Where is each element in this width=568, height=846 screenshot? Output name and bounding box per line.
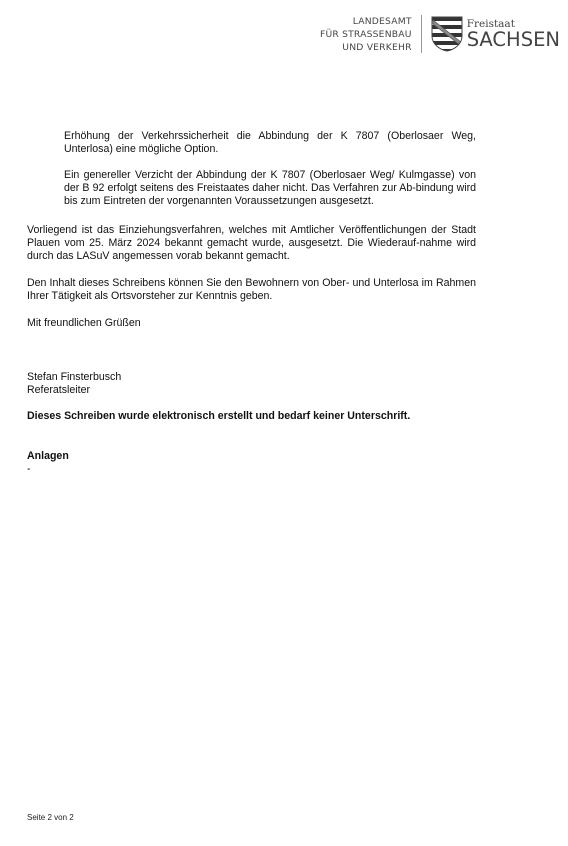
paragraph-1: Erhöhung der Verkehrssicherheit die Abbi… [64, 130, 476, 156]
header-divider [421, 15, 422, 53]
electronic-signature-note: Dieses Schreiben wurde elektronisch erst… [27, 410, 476, 423]
paragraph-2: Ein genereller Verzicht der Abbindung de… [64, 169, 476, 208]
attachments-heading: Anlagen [27, 450, 476, 463]
closing-greeting: Mit freundlichen Grüßen [27, 317, 476, 330]
signer-name: Stefan Finsterbusch [27, 371, 476, 384]
agency-line-3: UND VERKEHR [320, 41, 412, 54]
agency-line-1: LANDESAMT [320, 15, 412, 28]
paragraph-4: Den Inhalt dieses Schreibens können Sie … [27, 277, 476, 303]
state-name: Freistaat SACHSEN [467, 19, 560, 50]
letterhead: LANDESAMT FÜR STRASSENBAU UND VERKEHR Fr… [320, 12, 560, 56]
saxony-coat-of-arms-icon [431, 16, 463, 52]
agency-line-2: FÜR STRASSENBAU [320, 28, 412, 41]
attachments-value: - [27, 463, 476, 476]
signer-title: Referatsleiter [27, 384, 476, 397]
agency-name: LANDESAMT FÜR STRASSENBAU UND VERKEHR [320, 15, 421, 54]
paragraph-3: Vorliegend ist das Einziehungsverfahren,… [27, 224, 476, 263]
page-indicator: Seite 2 von 2 [27, 813, 74, 822]
state-title: SACHSEN [467, 30, 560, 50]
